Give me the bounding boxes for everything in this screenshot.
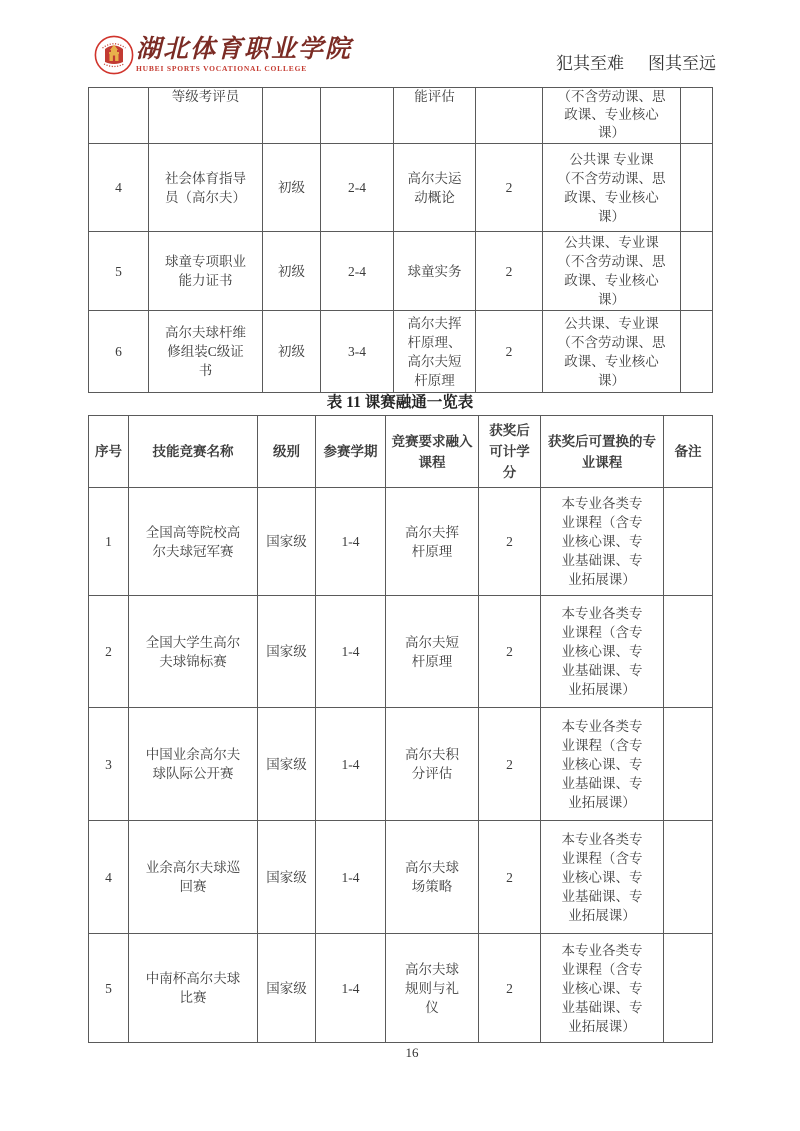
column-header: 序号 xyxy=(89,416,129,488)
table-cell: 本专业各类专业课程（含专业核心课、专业基础课、专业拓展课） xyxy=(541,934,664,1043)
table-cell: 中南杯高尔夫球比赛 xyxy=(129,934,258,1043)
table-cell: 3 xyxy=(89,708,129,821)
table-cell: 2 xyxy=(476,311,543,393)
table-cell: 本专业各类专业课程（含专业核心课、专业基础课、专业拓展课） xyxy=(541,708,664,821)
table-cell xyxy=(664,934,713,1043)
table-cell: 初级 xyxy=(263,311,321,393)
table-cell: 初级 xyxy=(263,144,321,232)
table-row: 5 中南杯高尔夫球比赛 国家级 1-4 高尔夫球规则与礼仪 2 本专业各类专业课… xyxy=(89,934,713,1043)
table-row: 2 全国大学生高尔夫球锦标赛 国家级 1-4 高尔夫短杆原理 2 本专业各类专业… xyxy=(89,596,713,708)
competition-table: 序号 技能竞赛名称 级别 参赛学期 竞赛要求融入课程 获奖后可计学分 获奖后可置… xyxy=(88,415,713,1043)
table-cell: 全国大学生高尔夫球锦标赛 xyxy=(129,596,258,708)
table-cell: 2 xyxy=(479,488,541,596)
table-cell: 初级 xyxy=(263,232,321,311)
column-header: 参赛学期 xyxy=(316,416,386,488)
college-motto: 犯其至难 图其至远 xyxy=(556,49,716,74)
motto-right: 图其至远 xyxy=(648,49,716,74)
table-cell: 1-4 xyxy=(316,596,386,708)
table-cell: 公共课、专业课（不含劳动课、思政课、专业核心课） xyxy=(543,311,681,393)
column-header: 技能竞赛名称 xyxy=(129,416,258,488)
table-cell xyxy=(664,708,713,821)
table-cell: 业余高尔夫球巡回赛 xyxy=(129,821,258,934)
table-cell: 中国业余高尔夫球队际公开赛 xyxy=(129,708,258,821)
table-cell xyxy=(664,596,713,708)
table-cell: 高尔夫挥杆原理 xyxy=(386,488,479,596)
table-cell: 4 xyxy=(89,144,149,232)
table2-caption: 表 11 课赛融通一览表 xyxy=(0,390,800,412)
table-cell: 高尔夫挥杆原理、高尔夫短杆原理 xyxy=(394,311,476,393)
college-name-block: 湖北体育职业学院 HUBEI SPORTS VOCATIONAL COLLEGE xyxy=(136,36,376,73)
table-cell: 高尔夫运动概论 xyxy=(394,144,476,232)
column-header: 获奖后可计学分 xyxy=(479,416,541,488)
table-cell xyxy=(89,88,149,144)
table-cell: 国家级 xyxy=(258,821,316,934)
table-cell: 国家级 xyxy=(258,934,316,1043)
table-cell: （不含劳动课、思政课、专业核心课） xyxy=(543,88,681,144)
table-cell: 高尔夫短杆原理 xyxy=(386,596,479,708)
table-cell: 球童实务 xyxy=(394,232,476,311)
table-cell: 3-4 xyxy=(321,311,394,393)
table-cell: 4 xyxy=(89,821,129,934)
table-cell: 2 xyxy=(476,232,543,311)
table-cell: 国家级 xyxy=(258,708,316,821)
table-cell xyxy=(664,821,713,934)
table-cell: 公共课 专业课（不含劳动课、思政课、专业核心课） xyxy=(543,144,681,232)
table-cell: 公共课、专业课（不含劳动课、思政课、专业核心课） xyxy=(543,232,681,311)
table-cell: 1-4 xyxy=(316,821,386,934)
table-cell: 1 xyxy=(89,488,129,596)
table-cell: 5 xyxy=(89,232,149,311)
table-cell xyxy=(476,88,543,144)
table-row: 3 中国业余高尔夫球队际公开赛 国家级 1-4 高尔夫积分评估 2 本专业各类专… xyxy=(89,708,713,821)
table-row: 4 社会体育指导员（高尔夫） 初级 2-4 高尔夫运动概论 2 公共课 专业课（… xyxy=(89,144,713,232)
college-seal-icon xyxy=(94,35,134,75)
table-row: 等级考评员 能评估 （不含劳动课、思政课、专业核心课） xyxy=(89,88,713,144)
college-logo xyxy=(94,35,134,75)
column-header: 备注 xyxy=(664,416,713,488)
table-cell: 6 xyxy=(89,311,149,393)
table-cell: 2 xyxy=(479,821,541,934)
table-cell xyxy=(321,88,394,144)
table-cell: 国家级 xyxy=(258,488,316,596)
table-cell: 1-4 xyxy=(316,708,386,821)
table-cell: 国家级 xyxy=(258,596,316,708)
column-header: 竞赛要求融入课程 xyxy=(386,416,479,488)
certificate-table: 等级考评员 能评估 （不含劳动课、思政课、专业核心课） 4 社会体育指导员（高尔… xyxy=(88,87,713,393)
table-header-row: 序号 技能竞赛名称 级别 参赛学期 竞赛要求融入课程 获奖后可计学分 获奖后可置… xyxy=(89,416,713,488)
table-cell xyxy=(263,88,321,144)
table-cell: 2 xyxy=(479,596,541,708)
table-row: 5 球童专项职业能力证书 初级 2-4 球童实务 2 公共课、专业课（不含劳动课… xyxy=(89,232,713,311)
table-cell: 2 xyxy=(479,708,541,821)
table-cell: 社会体育指导员（高尔夫） xyxy=(149,144,263,232)
table-cell: 高尔夫球杆维修组装C级证书 xyxy=(149,311,263,393)
table-cell: 2-4 xyxy=(321,232,394,311)
table-cell: 本专业各类专业课程（含专业核心课、专业基础课、专业拓展课） xyxy=(541,821,664,934)
table-cell: 等级考评员 xyxy=(149,88,263,144)
motto-left: 犯其至难 xyxy=(556,49,624,74)
table-cell: 1-4 xyxy=(316,934,386,1043)
table-cell: 1-4 xyxy=(316,488,386,596)
table-cell: 本专业各类专业课程（含专业核心课、专业基础课、专业拓展课） xyxy=(541,596,664,708)
table-cell xyxy=(681,88,713,144)
table-cell: 本专业各类专业课程（含专业核心课、专业基础课、专业拓展课） xyxy=(541,488,664,596)
table-row: 1 全国高等院校高尔夫球冠军赛 国家级 1-4 高尔夫挥杆原理 2 本专业各类专… xyxy=(89,488,713,596)
column-header: 获奖后可置换的专业课程 xyxy=(541,416,664,488)
college-name: 湖北体育职业学院 xyxy=(136,36,376,64)
table-cell: 高尔夫积分评估 xyxy=(386,708,479,821)
table-cell: 高尔夫球场策略 xyxy=(386,821,479,934)
document-page: 湖北体育职业学院 HUBEI SPORTS VOCATIONAL COLLEGE… xyxy=(0,0,800,1131)
table-cell xyxy=(681,144,713,232)
table-cell xyxy=(681,311,713,393)
table-row: 4 业余高尔夫球巡回赛 国家级 1-4 高尔夫球场策略 2 本专业各类专业课程（… xyxy=(89,821,713,934)
table-cell: 5 xyxy=(89,934,129,1043)
table-cell: 2 xyxy=(476,144,543,232)
table-cell: 2 xyxy=(89,596,129,708)
page-number: 16 xyxy=(0,1045,800,1061)
table-cell: 球童专项职业能力证书 xyxy=(149,232,263,311)
table-cell: 2 xyxy=(479,934,541,1043)
table-cell: 高尔夫球规则与礼仪 xyxy=(386,934,479,1043)
table-cell: 2-4 xyxy=(321,144,394,232)
table-cell xyxy=(681,232,713,311)
column-header: 级别 xyxy=(258,416,316,488)
table-cell: 能评估 xyxy=(394,88,476,144)
table-cell: 全国高等院校高尔夫球冠军赛 xyxy=(129,488,258,596)
table-row: 6 高尔夫球杆维修组装C级证书 初级 3-4 高尔夫挥杆原理、高尔夫短杆原理 2… xyxy=(89,311,713,393)
table-cell xyxy=(664,488,713,596)
college-name-english: HUBEI SPORTS VOCATIONAL COLLEGE xyxy=(136,64,376,73)
